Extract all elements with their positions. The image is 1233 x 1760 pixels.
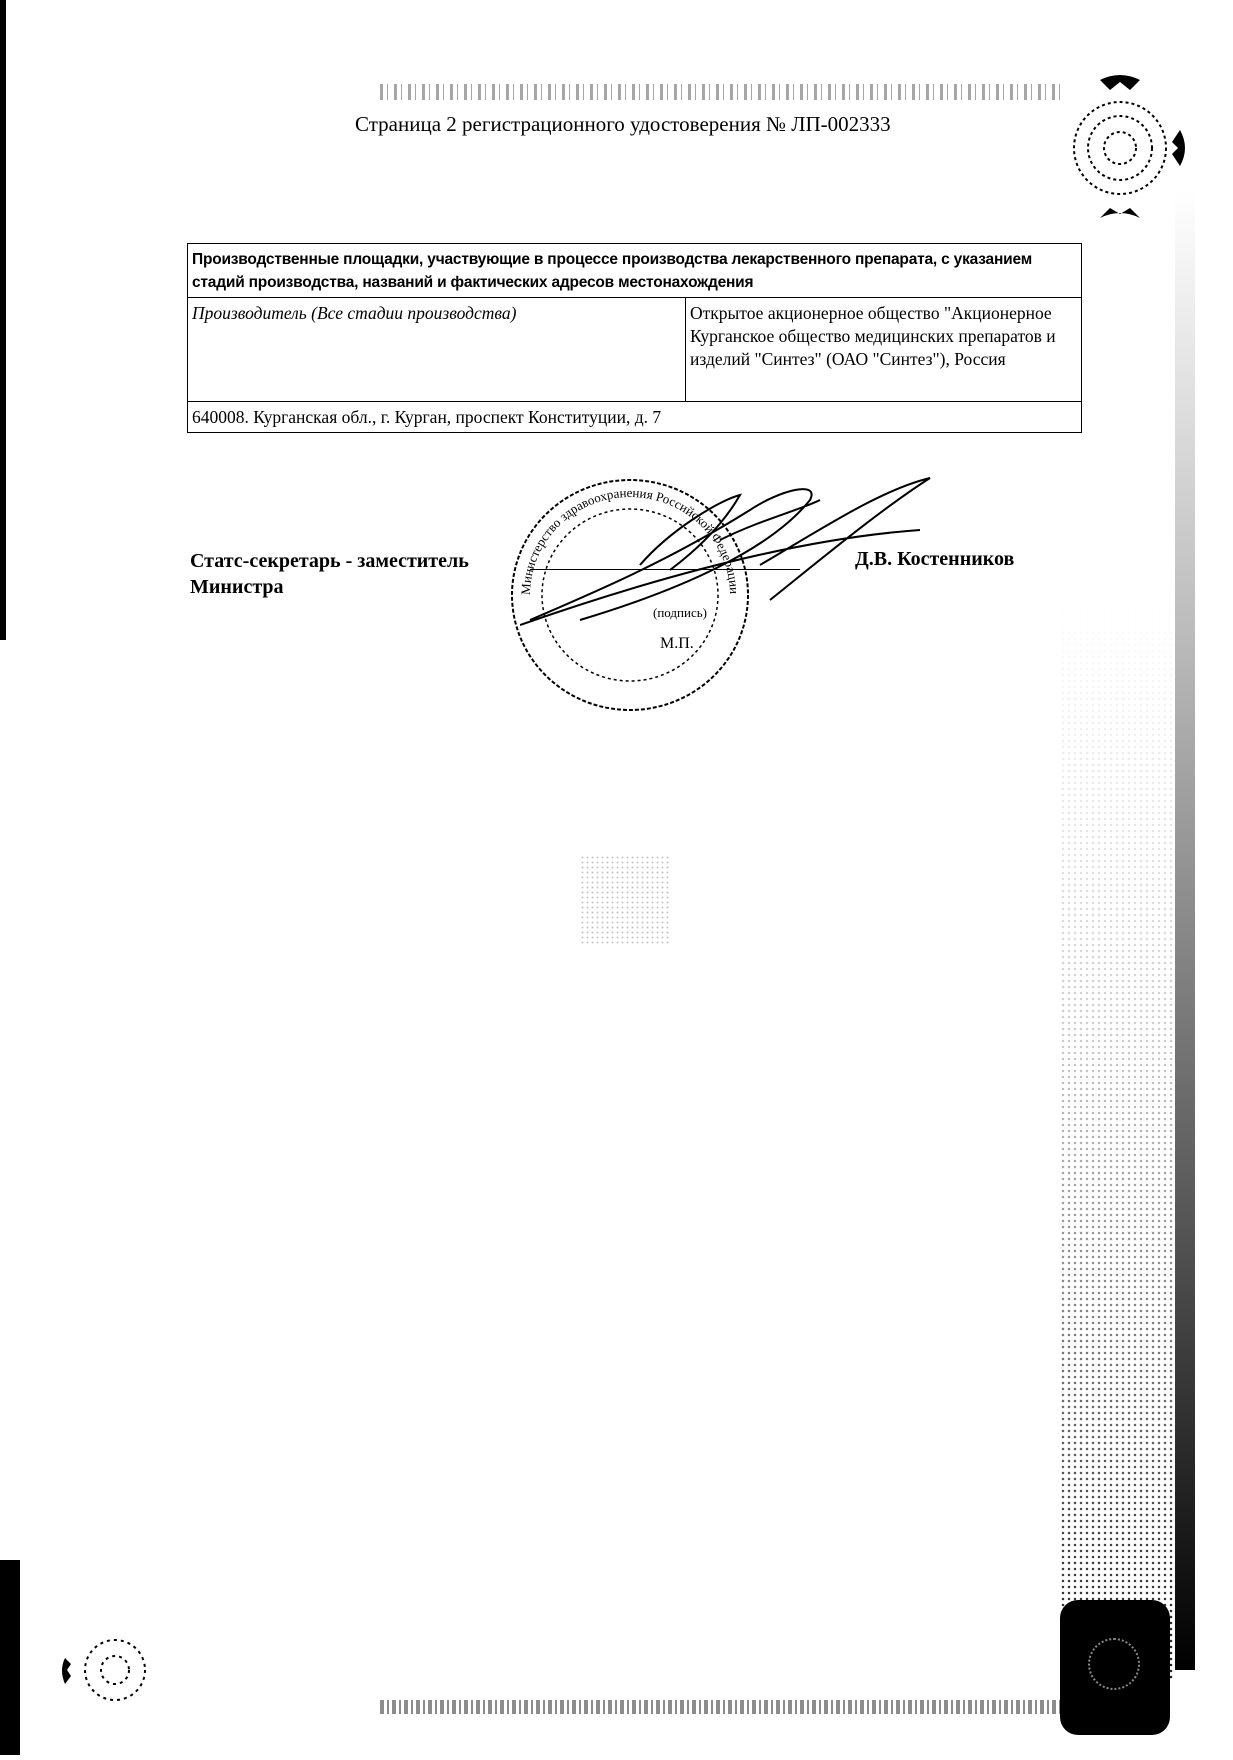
signature-caption: (подпись): [653, 605, 707, 621]
handwritten-signature: [520, 470, 940, 640]
ornament-corner-block: [1060, 1600, 1170, 1735]
manufacturer-role: Производитель (Все стадии производства): [188, 298, 686, 402]
signatory-title: Статс-секретарь - заместитель Министра: [190, 548, 469, 600]
ornament-rosette-bottom-icon: [55, 1610, 165, 1740]
signatory-title-line2: Министра: [190, 574, 469, 600]
manufacturer-address: 640008. Курганская обл., г. Курган, прос…: [188, 402, 1082, 433]
decorative-border-right: [1175, 190, 1195, 1670]
scan-edge-left-bottom: [0, 1560, 20, 1755]
production-sites-table: Производственные площадки, участвующие в…: [187, 243, 1082, 433]
ornament-rosette-icon: [1050, 70, 1190, 220]
scan-noise-bottom: [380, 1700, 1060, 1714]
scan-noise-top: [380, 84, 1060, 100]
decorative-border-pattern: [1060, 600, 1175, 1680]
page-header: Страница 2 регистрационного удостоверени…: [355, 112, 955, 137]
scan-smudge: [580, 855, 670, 945]
manufacturer-organization: Открытое акционерное общество "Акционерн…: [686, 298, 1082, 402]
scan-edge-left: [0, 0, 6, 640]
signatory-title-line1: Статс-секретарь - заместитель: [190, 548, 469, 574]
table-row: Производитель (Все стадии производства) …: [188, 298, 1082, 402]
stamp-caption: М.П.: [660, 635, 694, 653]
table-heading: Производственные площадки, участвующие в…: [188, 244, 1082, 298]
